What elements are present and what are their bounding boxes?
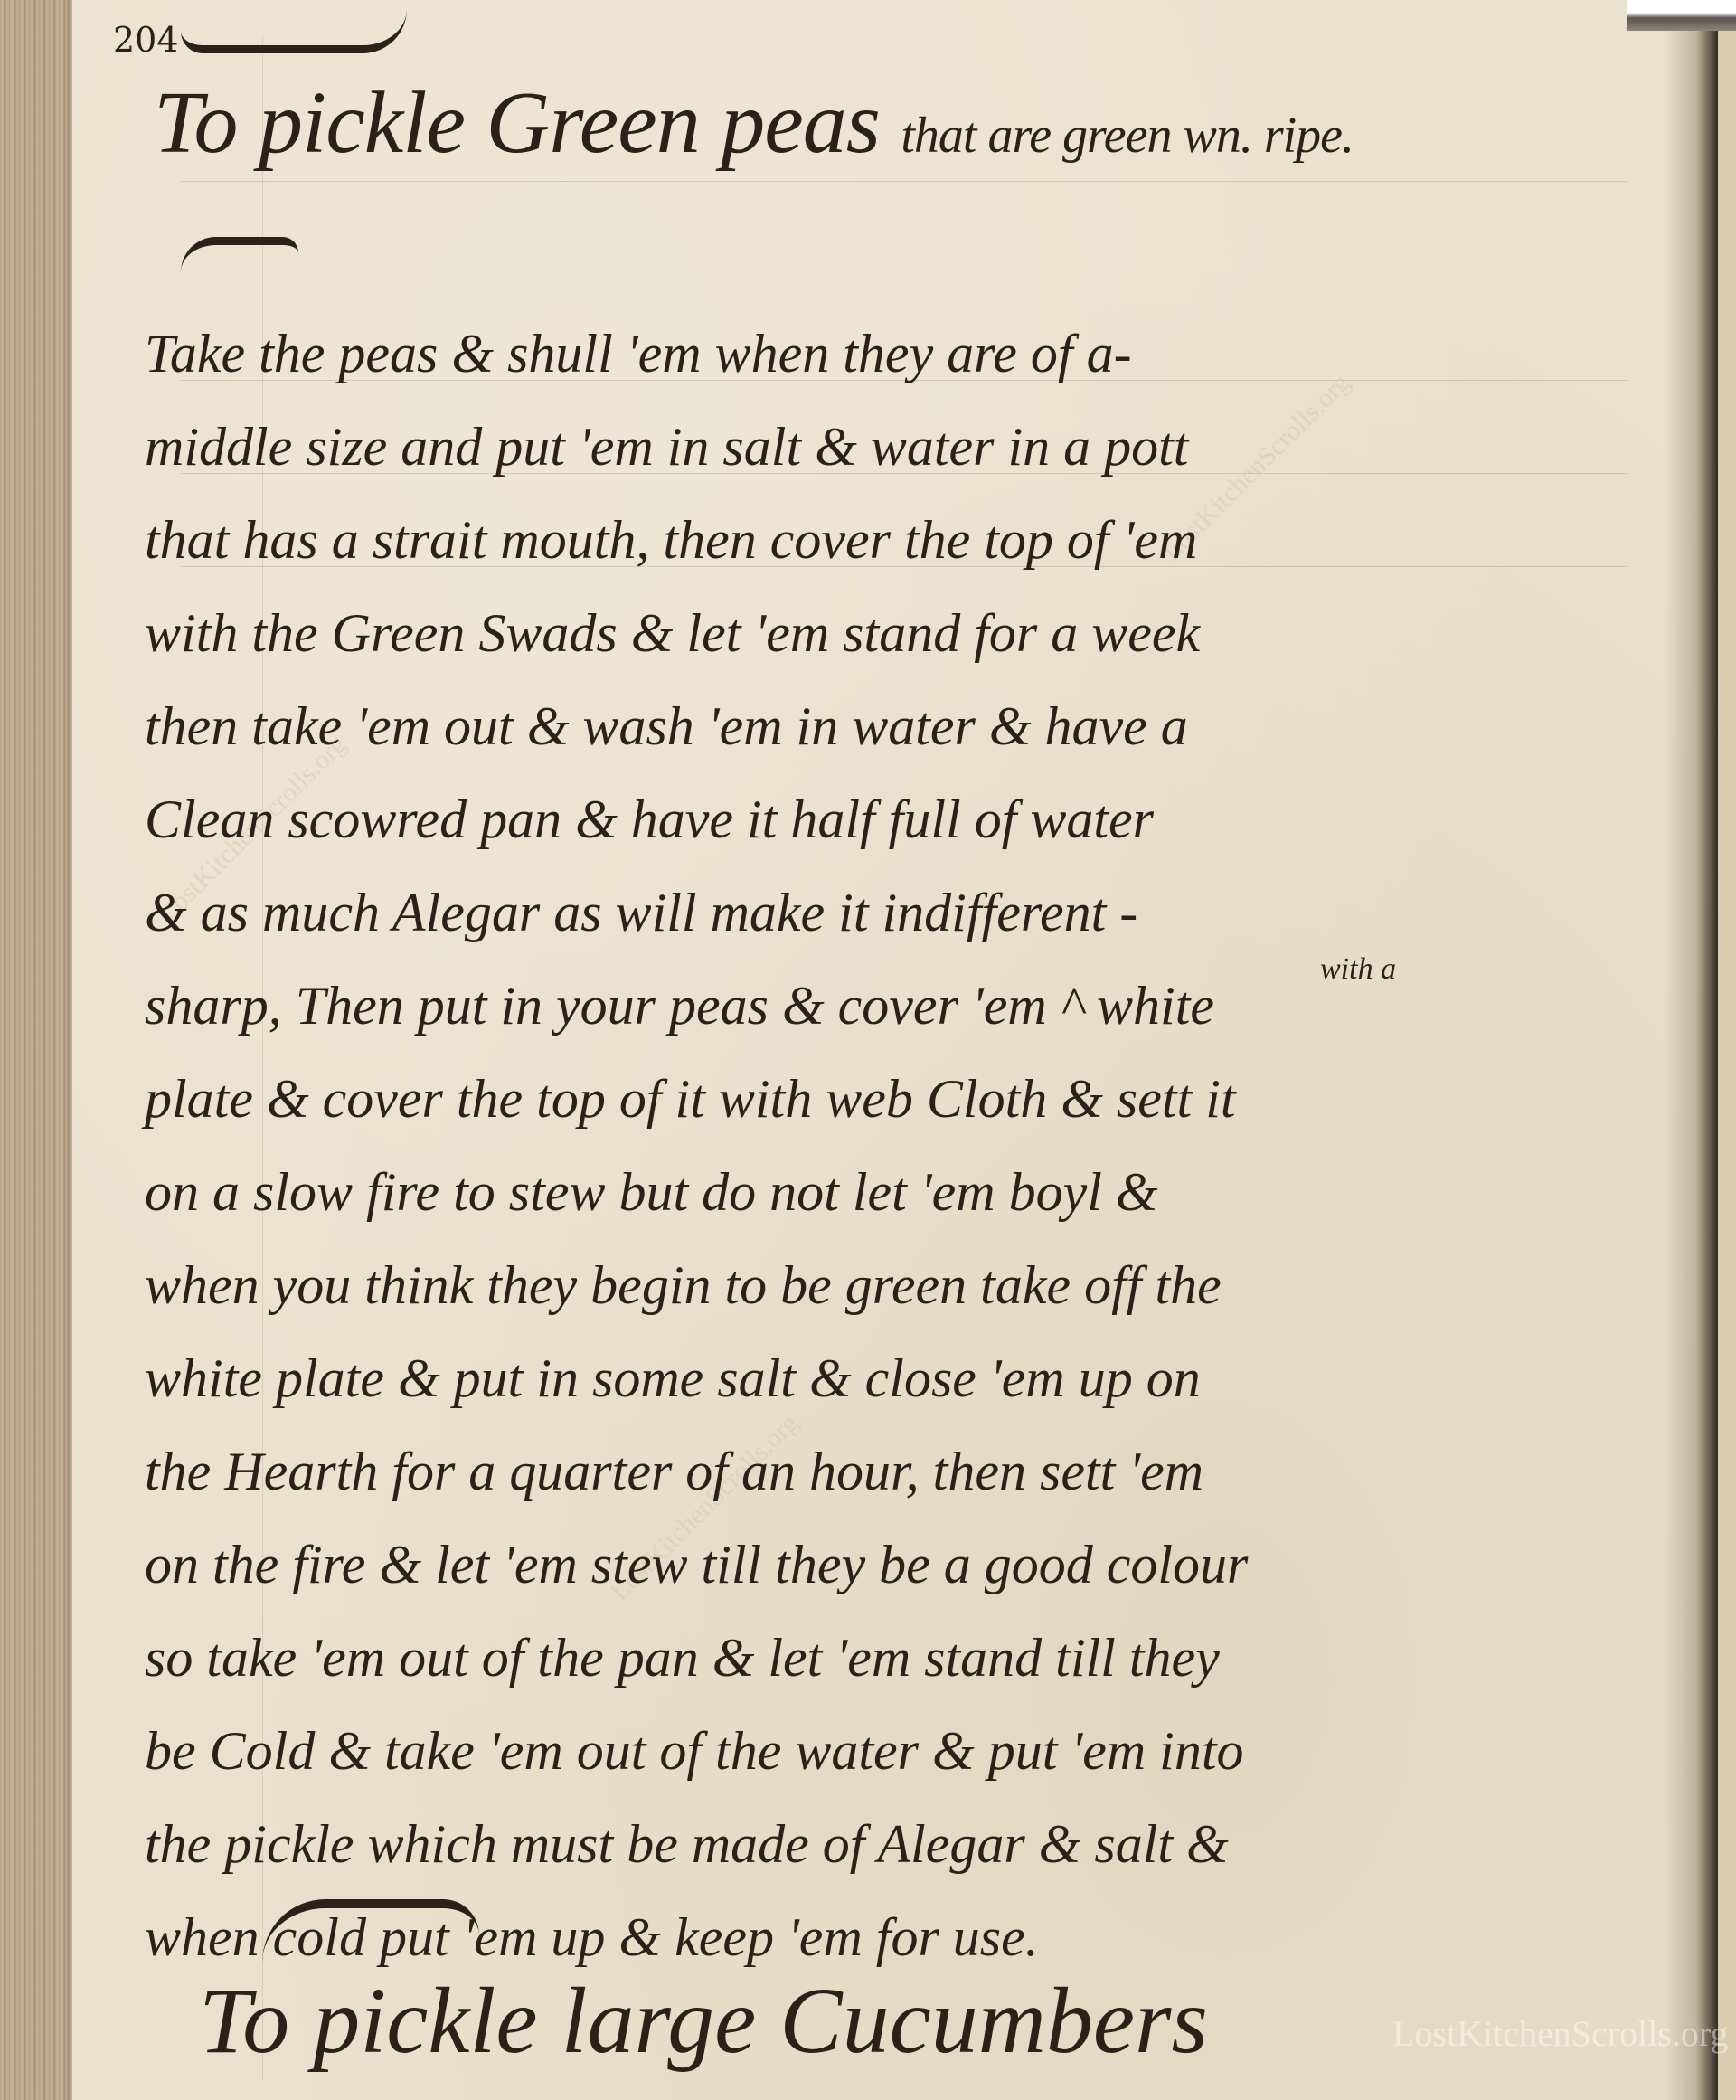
recipe-title-green-peas: To pickle Green peas that are green wn. … — [154, 72, 1354, 174]
recipe-body-green-peas: Take the peas & shull 'em when they are … — [145, 307, 1646, 1984]
interlinear-insert: with a — [1320, 954, 1396, 985]
text-line: be Cold & take 'em out of the water & pu… — [145, 1705, 1646, 1798]
text-line: then take 'em out & wash 'em in water & … — [145, 680, 1646, 773]
text-line-with-insert: sharp, Then put in your peas & cover 'em… — [145, 960, 1646, 1053]
page-number: 204 — [113, 20, 179, 60]
text-line: Take the peas & shull 'em when they are … — [145, 307, 1646, 401]
title-suffix: that are green wn. ripe. — [901, 108, 1354, 164]
text-line: when you think they begin to be green ta… — [145, 1239, 1646, 1332]
title-flourish — [181, 9, 407, 53]
book-page-edges — [0, 0, 72, 2100]
text-line: plate & cover the top of it with web Clo… — [145, 1053, 1646, 1146]
next-page-edge — [1716, 27, 1736, 2100]
text-line: Clean scowred pan & have it half full of… — [145, 773, 1646, 866]
drop-cap-flourish — [181, 237, 298, 272]
text-line: sharp, Then put in your peas & cover 'em… — [145, 976, 1214, 1036]
text-line: the Hearth for a quarter of an hour, the… — [145, 1425, 1646, 1518]
text-line: on the fire & let 'em stew till they be … — [145, 1518, 1646, 1612]
title-flourish — [262, 1899, 479, 1963]
spine-shadow — [1664, 0, 1718, 2100]
text-line: with the Green Swads & let 'em stand for… — [145, 587, 1646, 680]
ruled-line — [181, 181, 1627, 182]
text-line: white plate & put in some salt & close '… — [145, 1332, 1646, 1425]
text-line: on a slow fire to stew but do not let 'e… — [145, 1146, 1646, 1239]
book-top-edge — [1627, 0, 1736, 31]
text-line: the pickle which must be made of Alegar … — [145, 1798, 1646, 1891]
text-line: middle size and put 'em in salt & water … — [145, 401, 1646, 494]
recipe-title-cucumbers: To pickle large Cucumbers — [199, 1967, 1208, 2075]
text-line: so take 'em out of the pan & let 'em sta… — [145, 1612, 1646, 1705]
title-main: To pickle Green peas — [154, 74, 880, 172]
text-line: that has a strait mouth, then cover the … — [145, 494, 1646, 587]
text-line: & as much Alegar as will make it indiffe… — [145, 866, 1646, 960]
watermark: LostKitchenScrolls.org — [1392, 2012, 1728, 2055]
